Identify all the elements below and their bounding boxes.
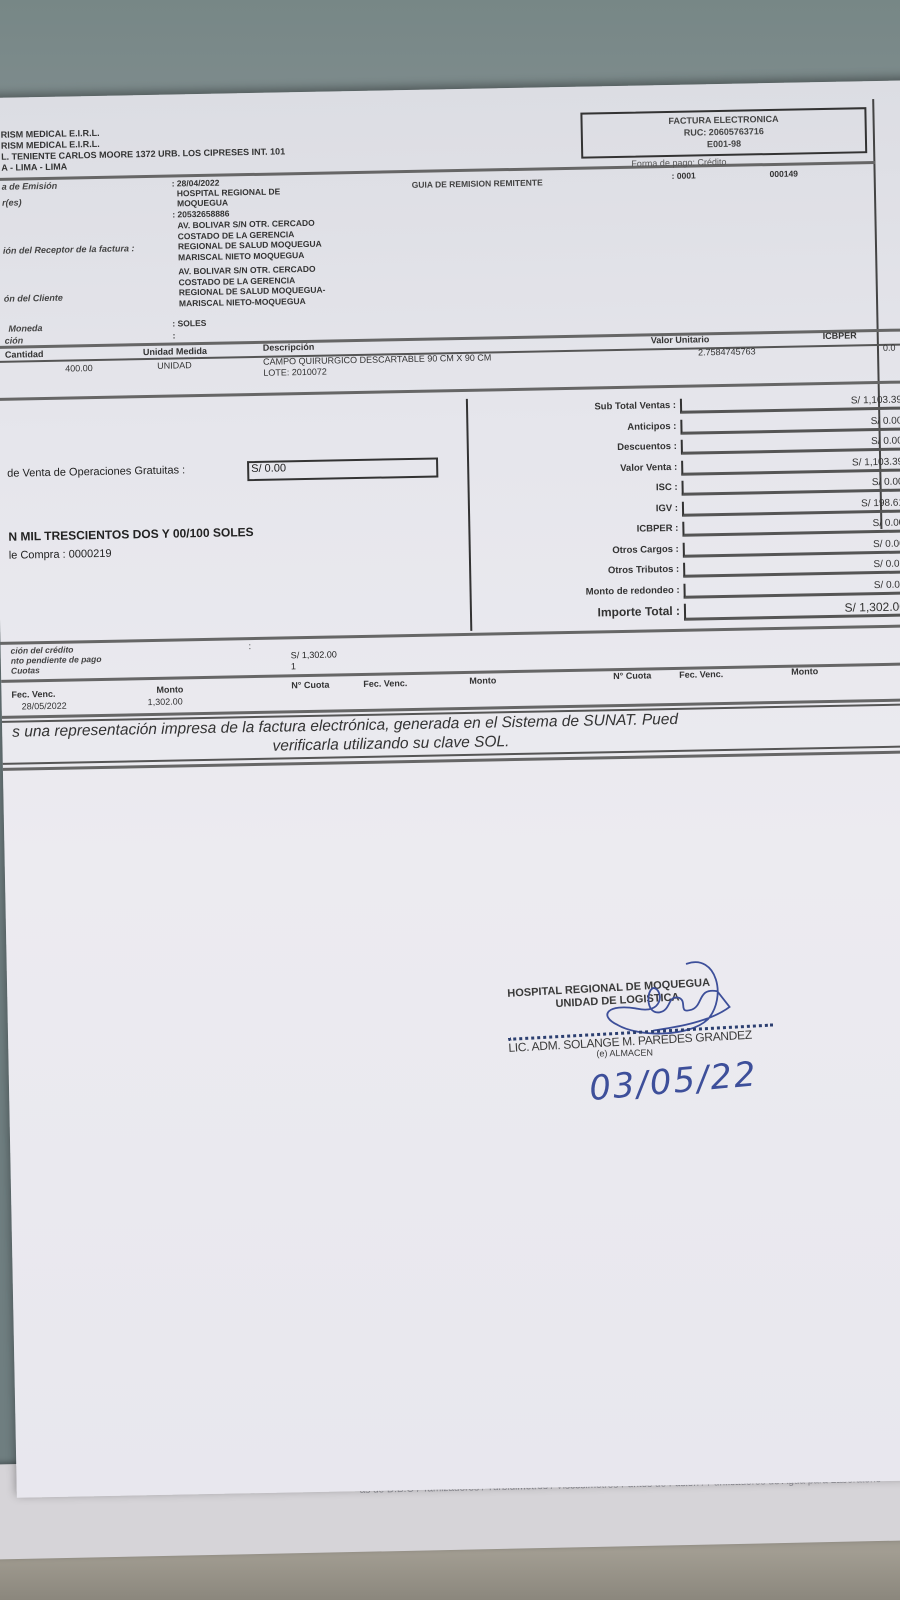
client-name-1: HOSPITAL REGIONAL DE — [177, 186, 281, 198]
invoice-paper: RISM MEDICAL E.I.R.L. RISM MEDICAL E.I.R… — [0, 80, 900, 1498]
total-value: S/ 198.61 — [682, 497, 900, 516]
total-value: S/ 1,103.39 — [680, 395, 900, 414]
cuota-amount: 1,302.00 — [148, 696, 183, 707]
legal-legend-line2: verificarla utilizando su clave SOL. — [272, 733, 509, 756]
total-label: Otros Tributos : — [608, 564, 679, 576]
gratuitas-label: de Venta de Operaciones Gratuitas : — [7, 464, 185, 479]
invoice-id-box: FACTURA ELECTRONICA RUC: 20605763716 E00… — [580, 107, 867, 158]
amount-in-words: N MIL TRESCIENTOS DOS Y 00/100 SOLES — [8, 525, 253, 544]
total-value: S/ 1,103.39 — [681, 456, 900, 475]
cuota-header-amount: Monto — [156, 684, 183, 695]
total-label: IGV : — [656, 502, 678, 513]
reception-stamp: HOSPITAL REGIONAL DE MOQUEGUA UNIDAD DE … — [507, 978, 774, 1104]
col-header-unit: Unidad Medida — [143, 346, 207, 357]
cuotas-value: 1 — [291, 661, 296, 671]
guia-number: 000149 — [770, 169, 799, 180]
col-header-icbper: ICBPER — [823, 330, 857, 341]
guia-label: GUIA DE REMISION REMITENTE — [412, 177, 543, 190]
total-label: ISC : — [656, 482, 678, 493]
total-value: S/ 0.00 — [681, 476, 900, 495]
receptor-address: AV. BOLIVAR S/N OTR. CERCADO COSTADO DE … — [177, 218, 322, 263]
total-value: S/ 0.00 — [682, 517, 900, 536]
divider — [0, 624, 900, 645]
total-value: S/ 0.00 — [683, 538, 900, 557]
receptor-label: ión del Receptor de la factura : — [3, 243, 135, 256]
total-label: Sub Total Ventas : — [594, 400, 676, 413]
item-lot: LOTE: 2010072 — [263, 367, 327, 378]
purchase-order: le Compra : 0000219 — [9, 548, 112, 562]
total-label: Monto de redondeo : — [586, 584, 680, 597]
payment-form: Forma de pago: Crédito — [631, 157, 726, 169]
total-label: Importe Total : — [597, 604, 680, 620]
issuer-block: RISM MEDICAL E.I.R.L. RISM MEDICAL E.I.R… — [1, 124, 286, 173]
cuota-header-date: Fec. Venc. — [363, 678, 407, 689]
total-value: S/ 0.00 — [680, 415, 900, 434]
cuota-header-date: Fec. Venc. — [11, 689, 55, 700]
cuota-header-amount: Monto — [791, 666, 818, 677]
totals-panel: Sub Total Ventas :S/ 1,103.39Anticipos :… — [466, 390, 900, 630]
cliente-address-label: ón del Cliente — [4, 293, 63, 304]
total-label: Anticipos : — [627, 420, 676, 432]
cuota-header-number: N° Cuota — [291, 680, 329, 691]
total-value: S/ 0.00 — [683, 558, 900, 577]
client-label: r(es) — [2, 197, 22, 207]
cuota-header-amount: Monto — [469, 675, 496, 686]
total-label: ICBPER : — [637, 523, 679, 535]
cuota-header-number: N° Cuota — [613, 670, 651, 681]
emission-date-label: a de Emisión — [2, 181, 58, 192]
total-value: S/ 0.00 — [683, 579, 900, 598]
total-value: S/ 0.00 — [681, 436, 900, 455]
cuotas-label: Cuotas — [11, 665, 40, 676]
item-quantity: 400.00 — [65, 363, 93, 374]
pending-amount-value: S/ 1,302.00 — [291, 649, 337, 660]
item-unit: UNIDAD — [157, 360, 192, 371]
col-header-quantity: Cantidad — [5, 349, 44, 360]
total-label: Descuentos : — [617, 441, 677, 453]
gratuitas-value: S/ 0.00 — [247, 457, 438, 481]
handwritten-date: 03/05/22 — [588, 1053, 776, 1109]
item-unit-value: 2.7584745763 — [698, 346, 756, 357]
guia-series: : 0001 — [672, 170, 696, 181]
cliente-line: MARISCAL NIETO-MOQUEGUA — [179, 295, 326, 308]
col-header-description: Descripción — [263, 342, 315, 353]
client-name-2: MOQUEGUA — [177, 197, 228, 208]
item-icbper: 0.0 — [883, 343, 896, 353]
currency-value: : SOLES — [172, 318, 206, 329]
total-value: S/ 1,302.00 — [684, 599, 900, 620]
col-header-unit-value: Valor Unitario — [651, 334, 710, 345]
currency-label: Moneda — [8, 323, 42, 334]
cuota-due-date: 28/05/2022 — [22, 701, 67, 712]
total-label: Otros Cargos : — [612, 543, 679, 555]
cuota-header-date: Fec. Venc. — [679, 669, 723, 680]
divider — [1, 662, 900, 683]
credit-info-value: : — [248, 641, 251, 651]
pending-amount-label: nto pendiente de pago — [11, 654, 102, 666]
client-ruc: : 20532658886 — [172, 208, 229, 220]
observation-value: : — [172, 330, 175, 341]
receptor-line: MARISCAL NIETO MOQUEGUA — [178, 249, 322, 262]
observation-label: ción — [5, 335, 24, 345]
cliente-address: AV. BOLIVAR S/N OTR. CERCADO COSTADO DE … — [178, 264, 325, 309]
total-label: Valor Venta : — [620, 461, 677, 473]
